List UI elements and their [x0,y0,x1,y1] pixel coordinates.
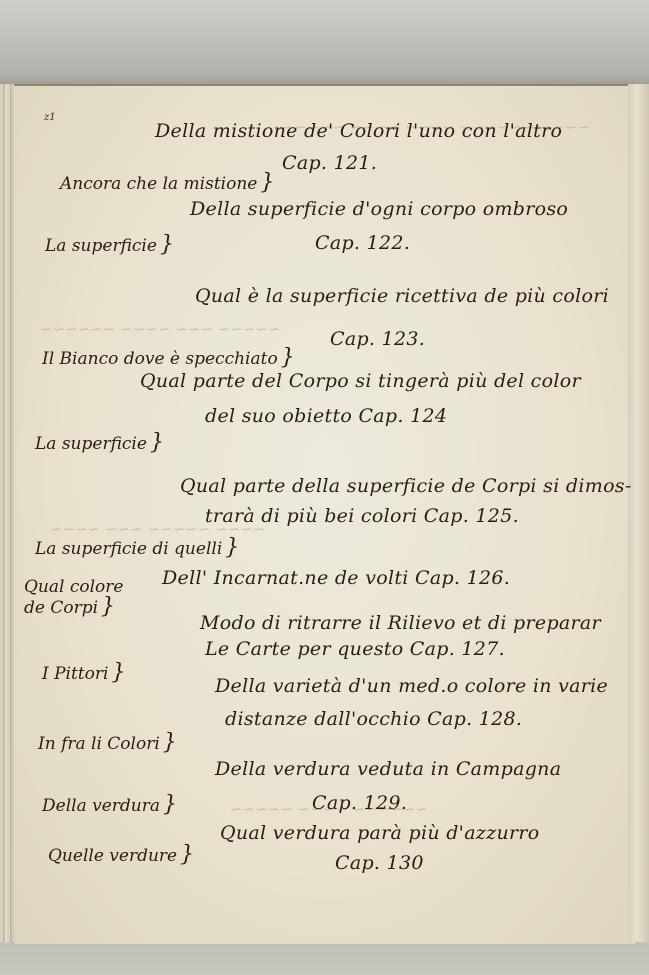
margin-note-124: La superficie} [35,430,164,455]
margin-note-121: Ancora che la mistione} [60,170,274,195]
margin-note-text: La superficie [35,434,147,454]
entry-129-title: Della verdura veduta in Campagna [215,758,561,780]
entry-127-title: Modo di ritrarre il Rilievo et di prepar… [200,612,601,634]
entry-124-chapter: del suo obietto Cap. 124 [205,405,447,427]
entry-129-chapter: Cap. 129. [312,792,407,814]
margin-note-122: La superficie} [45,232,174,257]
brace-mark: } [163,792,177,817]
brace-mark: } [111,660,125,685]
entry-124-title: Qual parte del Corpo si tingerà più del … [140,370,581,392]
margin-note-text: La superficie di quelli [35,539,222,559]
entry-121-chapter: Cap. 121. [282,152,377,174]
entry-130-chapter: Cap. 130 [335,852,424,874]
margin-note-128: In fra li Colori} [38,730,177,755]
brace-mark: } [101,594,115,619]
scan-background-bottom [0,944,649,975]
brace-mark: } [225,535,239,560]
entry-122-title: Della superficie d'ogni corpo ombroso [190,198,568,220]
margin-note-text: Della verdura [42,796,160,816]
scan-background-top [0,0,649,85]
margin-note-text: In fra li Colori [38,734,160,754]
brace-mark: } [163,730,177,755]
margin-note-text: Quelle verdure [48,846,177,866]
margin-note-text: Il Bianco dove è specchiato [42,349,278,369]
brace-mark: } [150,430,164,455]
entry-125-title: Qual parte della superficie de Corpi si … [180,475,632,497]
page-right-edge [628,84,649,942]
entry-123-chapter: Cap. 123. [330,328,425,350]
margin-note-123: Il Bianco dove è specchiato} [42,345,295,370]
margin-note-text: La superficie [45,236,157,256]
margin-note-130: Quelle verdure} [48,842,194,867]
margin-note-125: La superficie di quelli} [35,535,239,560]
entry-122-chapter: Cap. 122. [315,232,410,254]
margin-note-text: Ancora che la mistione [60,174,257,194]
brace-mark: } [260,170,274,195]
brace-mark: } [281,345,295,370]
entry-123-title: Qual è la superficie ricettiva de più co… [195,285,609,307]
entry-125-chapter: trarà di più bei colori Cap. 125. [205,505,519,527]
margin-note-126: Qual colore de Corpi} [24,577,144,618]
margin-note-129: Della verdura} [42,792,177,817]
brace-mark: } [160,232,174,257]
entry-127-chapter: Le Carte per questo Cap. 127. [205,638,505,660]
entry-121-title: Della mistione de' Colori l'uno con l'al… [155,120,562,142]
bleed-through-text: ~~~~~ ~~~ ~~~~ ~~~~~~ [40,320,281,338]
brace-mark: } [180,842,194,867]
entry-128-chapter: distanze dall'occhio Cap. 128. [225,708,522,730]
entry-128-title: Della varietà d'un med.o colore in varie [215,675,608,697]
entry-126-title: Dell' Incarnat.ne de volti Cap. 126. [162,567,510,589]
margin-note-text: I Pittori [42,664,108,684]
entry-130-title: Qual verdura parà più d'azzurro [220,822,540,844]
folio-mark: z1 [44,112,56,123]
margin-note-127: I Pittori} [42,660,125,685]
